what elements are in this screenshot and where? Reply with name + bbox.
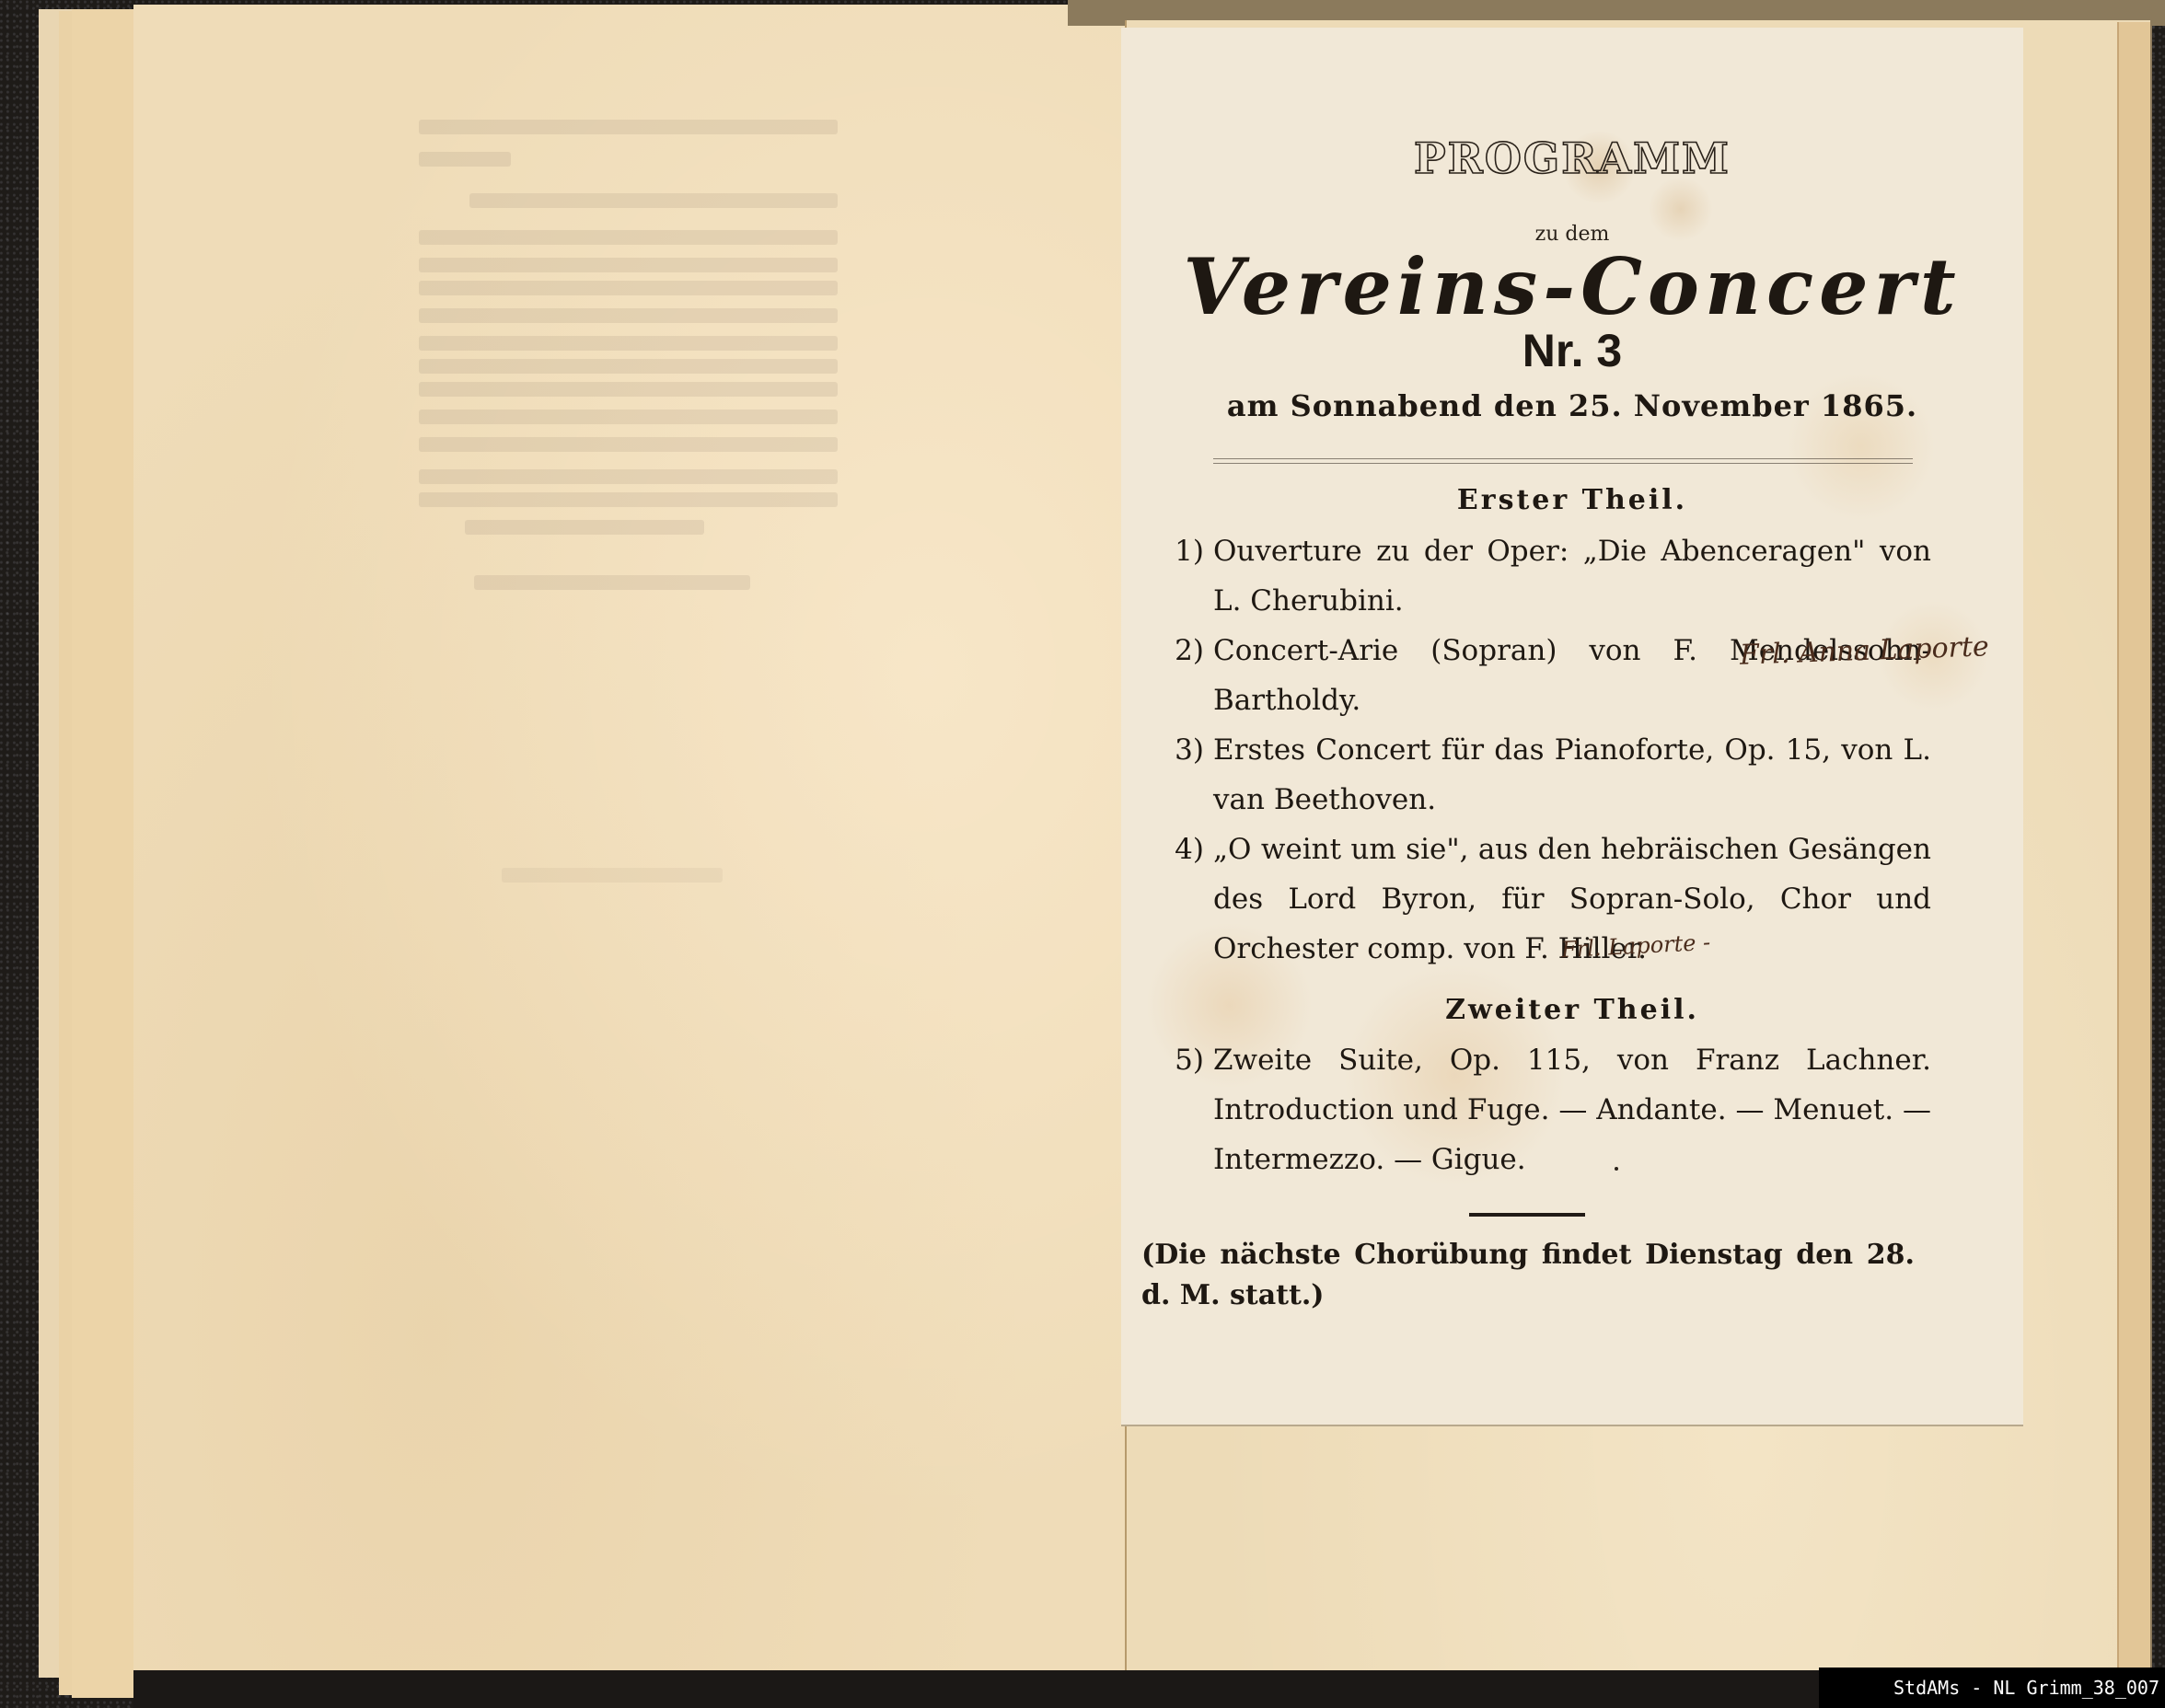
right-page-edge (2117, 22, 2152, 1669)
programme-title: PROGRAMM (1121, 133, 2023, 183)
left-page-edge (72, 9, 138, 1698)
section-heading-part-2: Zweiter Theil. (1121, 994, 2023, 1026)
rehearsal-notice: (Die nächste Chorübung findet Dienstag d… (1141, 1235, 1915, 1316)
programme-item: 3) Erstes Concert für das Pianoforte, Op… (1213, 725, 1931, 825)
item-text: Erstes Concert für das Pianoforte, Op. 1… (1213, 725, 1931, 825)
archive-caption: StdAMs - NL Grimm_38_007 (1819, 1668, 2165, 1708)
item-text: Ouverture zu der Oper: „Die Abenceragen"… (1213, 526, 1931, 626)
item-number: 1) (1158, 526, 1204, 576)
event-name: Vereins-Concert (1121, 241, 2023, 332)
item-number: 3) (1158, 725, 1204, 775)
concert-date: am Sonnabend den 25. November 1865. (1121, 388, 2023, 423)
section-heading-part-1: Erster Theil. (1121, 484, 2023, 516)
item-number: 4) (1158, 825, 1204, 874)
item-number: 5) (1158, 1035, 1204, 1085)
concert-number: Nr. 3 (1121, 324, 2023, 377)
item-text: Zweite Suite, Op. 115, von Franz Lachner… (1213, 1035, 1931, 1184)
programme-item: 5) Zweite Suite, Op. 115, von Franz Lach… (1213, 1035, 1931, 1184)
item-number: 2) (1158, 626, 1204, 675)
concert-programme: PROGRAMM zu dem Vereins-Concert Nr. 3 am… (1121, 28, 2023, 1426)
ornament-dot (1615, 1167, 1618, 1171)
double-rule-divider (1213, 458, 1913, 464)
programme-item: 1) Ouverture zu der Oper: „Die Abencerag… (1213, 526, 1931, 626)
short-rule-divider (1469, 1213, 1585, 1217)
left-page (133, 5, 1126, 1670)
